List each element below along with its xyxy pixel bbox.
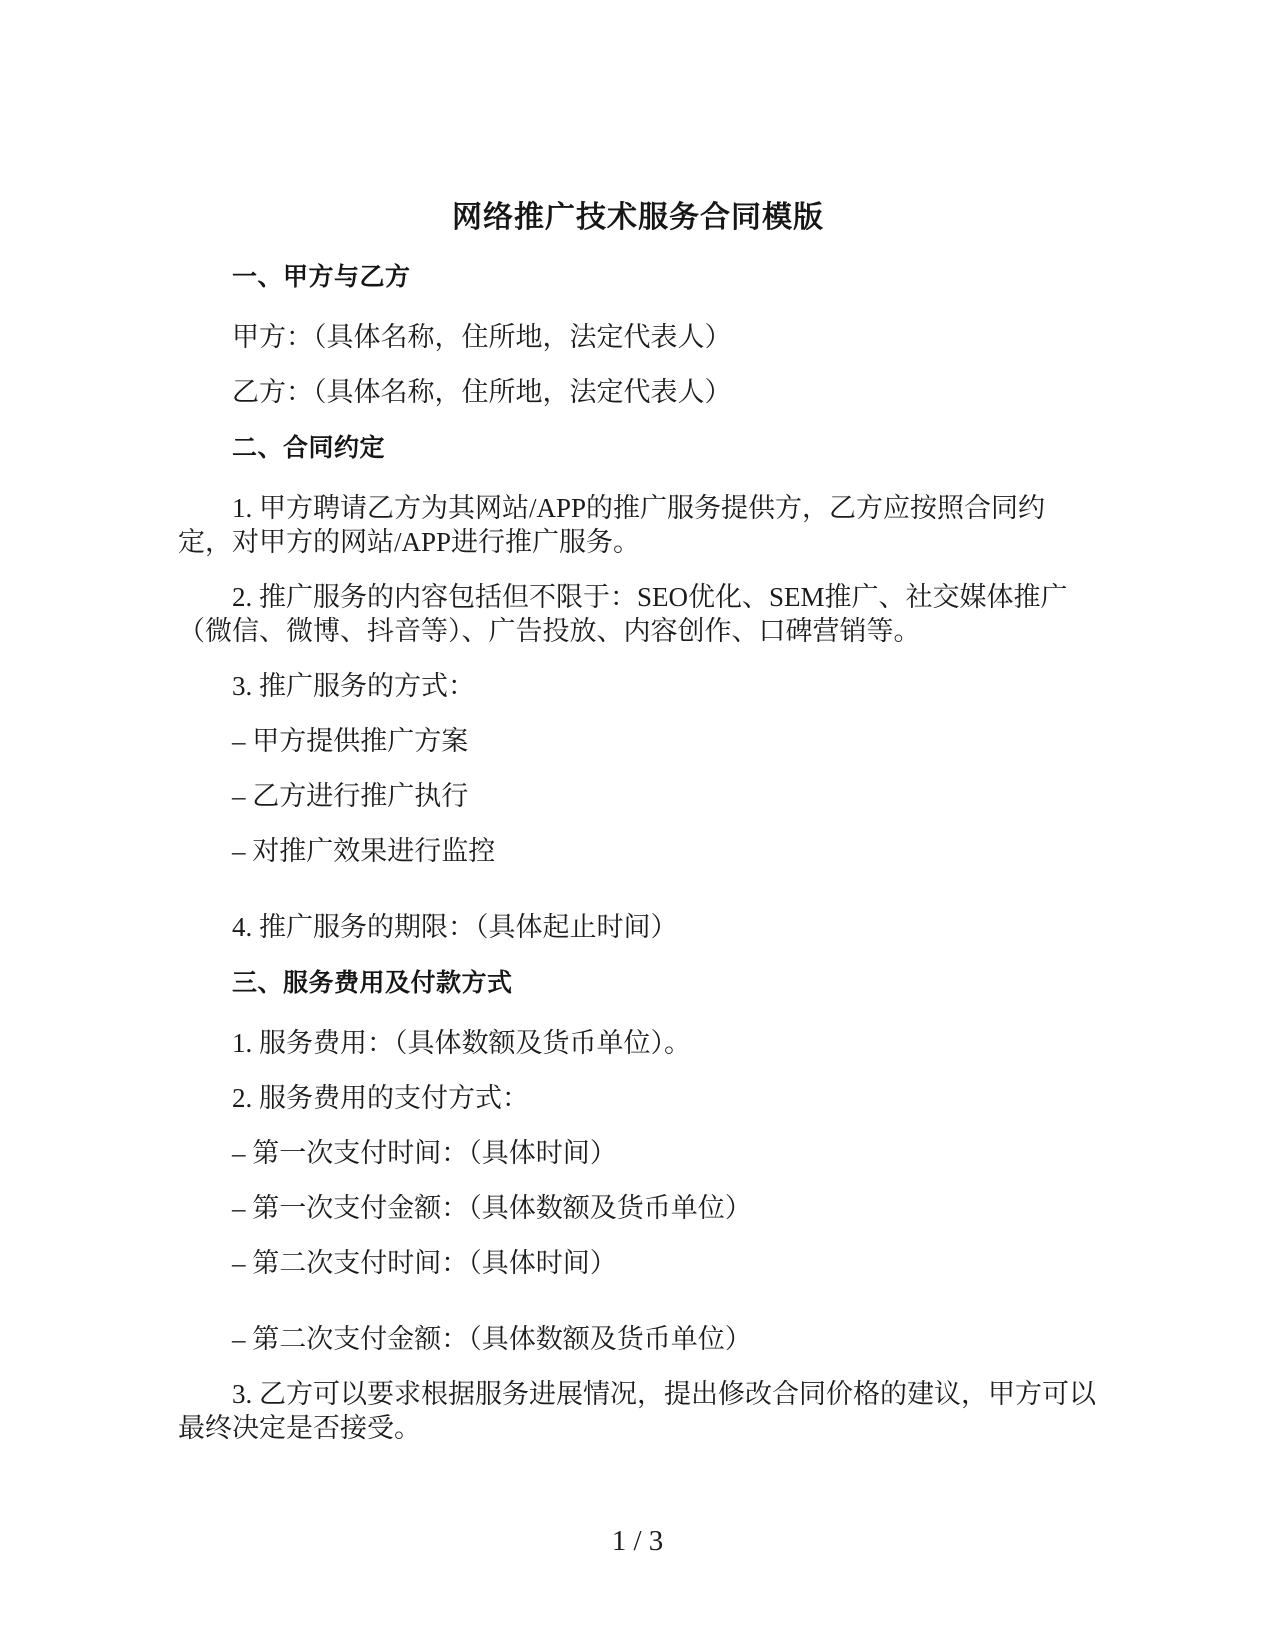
clause-3-1: 1. 服务费用：（具体数额及货币单位）。 [178, 1026, 1098, 1060]
page-number: 1 / 3 [0, 1524, 1275, 1558]
clause-3-3: 3. 乙方可以要求根据服务进展情况，提出修改合同价格的建议，甲方可以最终决定是否… [178, 1377, 1098, 1445]
payment-term-item: – 第二次支付金额：（具体数额及货币单位） [178, 1322, 1098, 1356]
section-3-heading: 三、服务费用及付款方式 [178, 966, 1098, 1000]
party-b-line: 乙方：（具体名称，住所地，法定代表人） [178, 375, 1098, 409]
payment-term-item: – 第一次支付金额：（具体数额及货币单位） [178, 1191, 1098, 1225]
payment-term-item: – 第一次支付时间：（具体时间） [178, 1136, 1098, 1170]
promotion-method-item: – 乙方进行推广执行 [178, 779, 1098, 813]
party-a-line: 甲方：（具体名称，住所地，法定代表人） [178, 320, 1098, 354]
clause-3-2-intro: 2. 服务费用的支付方式： [178, 1081, 1098, 1115]
document-title: 网络推广技术服务合同模版 [178, 198, 1098, 238]
payment-term-item: – 第二次支付时间：（具体时间） [178, 1246, 1098, 1280]
section-2-heading: 二、合同约定 [178, 431, 1098, 465]
clause-2-1: 1. 甲方聘请乙方为其网站/APP的推广服务提供方，乙方应按照合同约定，对甲方的… [178, 491, 1098, 559]
section-1-heading: 一、甲方与乙方 [178, 260, 1098, 294]
promotion-method-item: – 对推广效果进行监控 [178, 834, 1098, 868]
clause-2-3-intro: 3. 推广服务的方式： [178, 669, 1098, 703]
clause-2-2: 2. 推广服务的内容包括但不限于：SEO优化、SEM推广、社交媒体推广（微信、微… [178, 580, 1098, 648]
promotion-method-item: – 甲方提供推广方案 [178, 724, 1098, 758]
document-body: 网络推广技术服务合同模版 一、甲方与乙方 甲方：（具体名称，住所地，法定代表人）… [178, 198, 1098, 1445]
clause-2-4: 4. 推广服务的期限：（具体起止时间） [178, 910, 1098, 944]
document-page: 网络推广技术服务合同模版 一、甲方与乙方 甲方：（具体名称，住所地，法定代表人）… [0, 0, 1275, 1650]
